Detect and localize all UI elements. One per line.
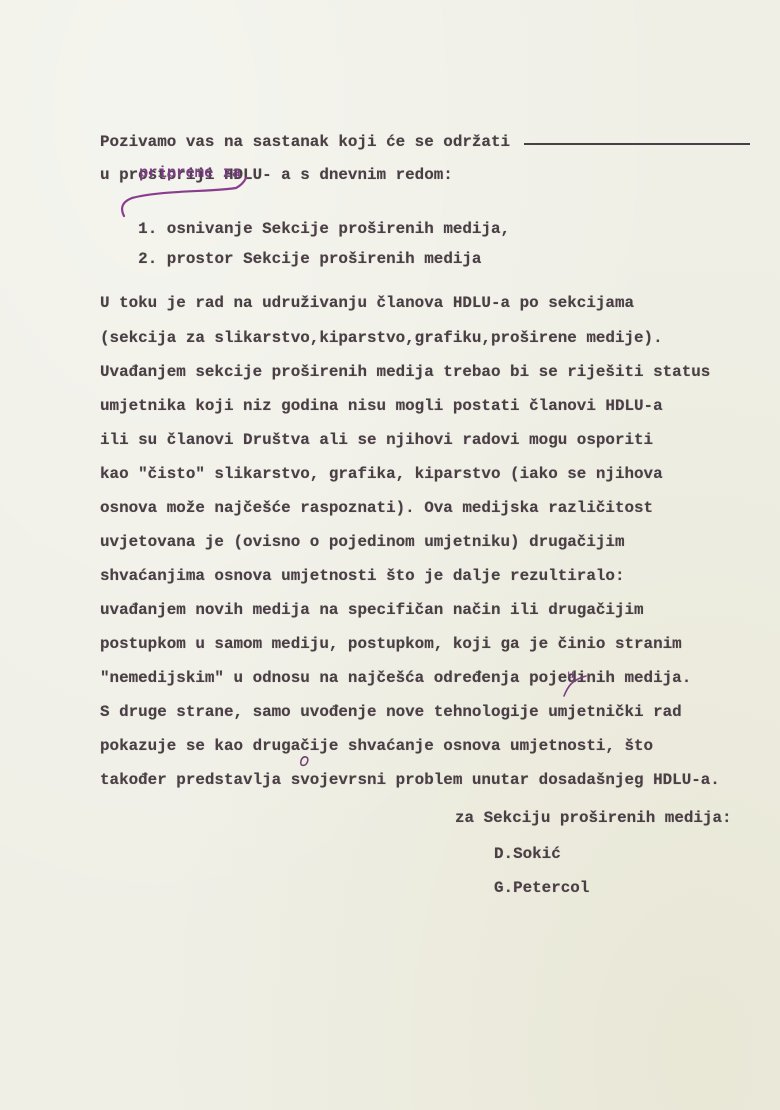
body-line: postupkom u samom mediju, postupkom, koj… — [100, 635, 682, 653]
body-line: (sekcija za slikarstvo,kiparstvo,grafiku… — [100, 329, 663, 347]
body-line: umjetnika koji niz godina nisu mogli pos… — [100, 397, 663, 415]
signatory-name: D.Sokić — [494, 845, 561, 863]
invitation-line: Pozivamo vas na sastanak koji će se održ… — [100, 133, 510, 151]
body-line: uvađanjem novih medija na specifičan nač… — [100, 601, 644, 619]
body-line: kao "čisto" slikarstvo, grafika, kiparst… — [100, 465, 663, 483]
body-line: pokazuje se kao drugačije shvaćanje osno… — [100, 737, 653, 755]
body-line: Uvađanjem sekcije proširenih medija treb… — [100, 363, 710, 381]
agenda-item-text: prostor Sekcije proširenih medija — [167, 250, 482, 268]
signatory-name: G.Petercol — [494, 879, 589, 897]
blank-date-underline — [524, 143, 750, 145]
paper-sheet: Pozivamo vas na sastanak koji će se održ… — [0, 0, 780, 1110]
body-line: uvjetovana je (ovisno o pojedinom umjetn… — [100, 533, 624, 551]
signature-for-line: za Sekciju proširenih medija: — [455, 809, 732, 827]
agenda-item-number: 2. — [138, 250, 157, 268]
agenda-item-2: 2. prostor Sekcije proširenih medija — [100, 232, 481, 286]
body-line: U toku je rad na udruživanju članova HDL… — [100, 294, 634, 312]
body-line: ili su članovi Društva ali se njihovi ra… — [100, 431, 653, 449]
body-line: također predstavlja svojevrsni problem u… — [100, 771, 720, 789]
body-line: shvaćanjima osnova umjetnosti što je dal… — [100, 567, 624, 585]
body-line: "nemedijskim" u odnosu na najčešća određ… — [100, 669, 691, 687]
body-line: S druge strane, samo uvođenje nove tehno… — [100, 703, 682, 721]
body-line: osnova može najčešće raspoznati). Ova me… — [100, 499, 653, 517]
handwritten-letter-o-icon — [298, 752, 312, 768]
handwritten-slash-stroke-icon — [560, 672, 590, 698]
